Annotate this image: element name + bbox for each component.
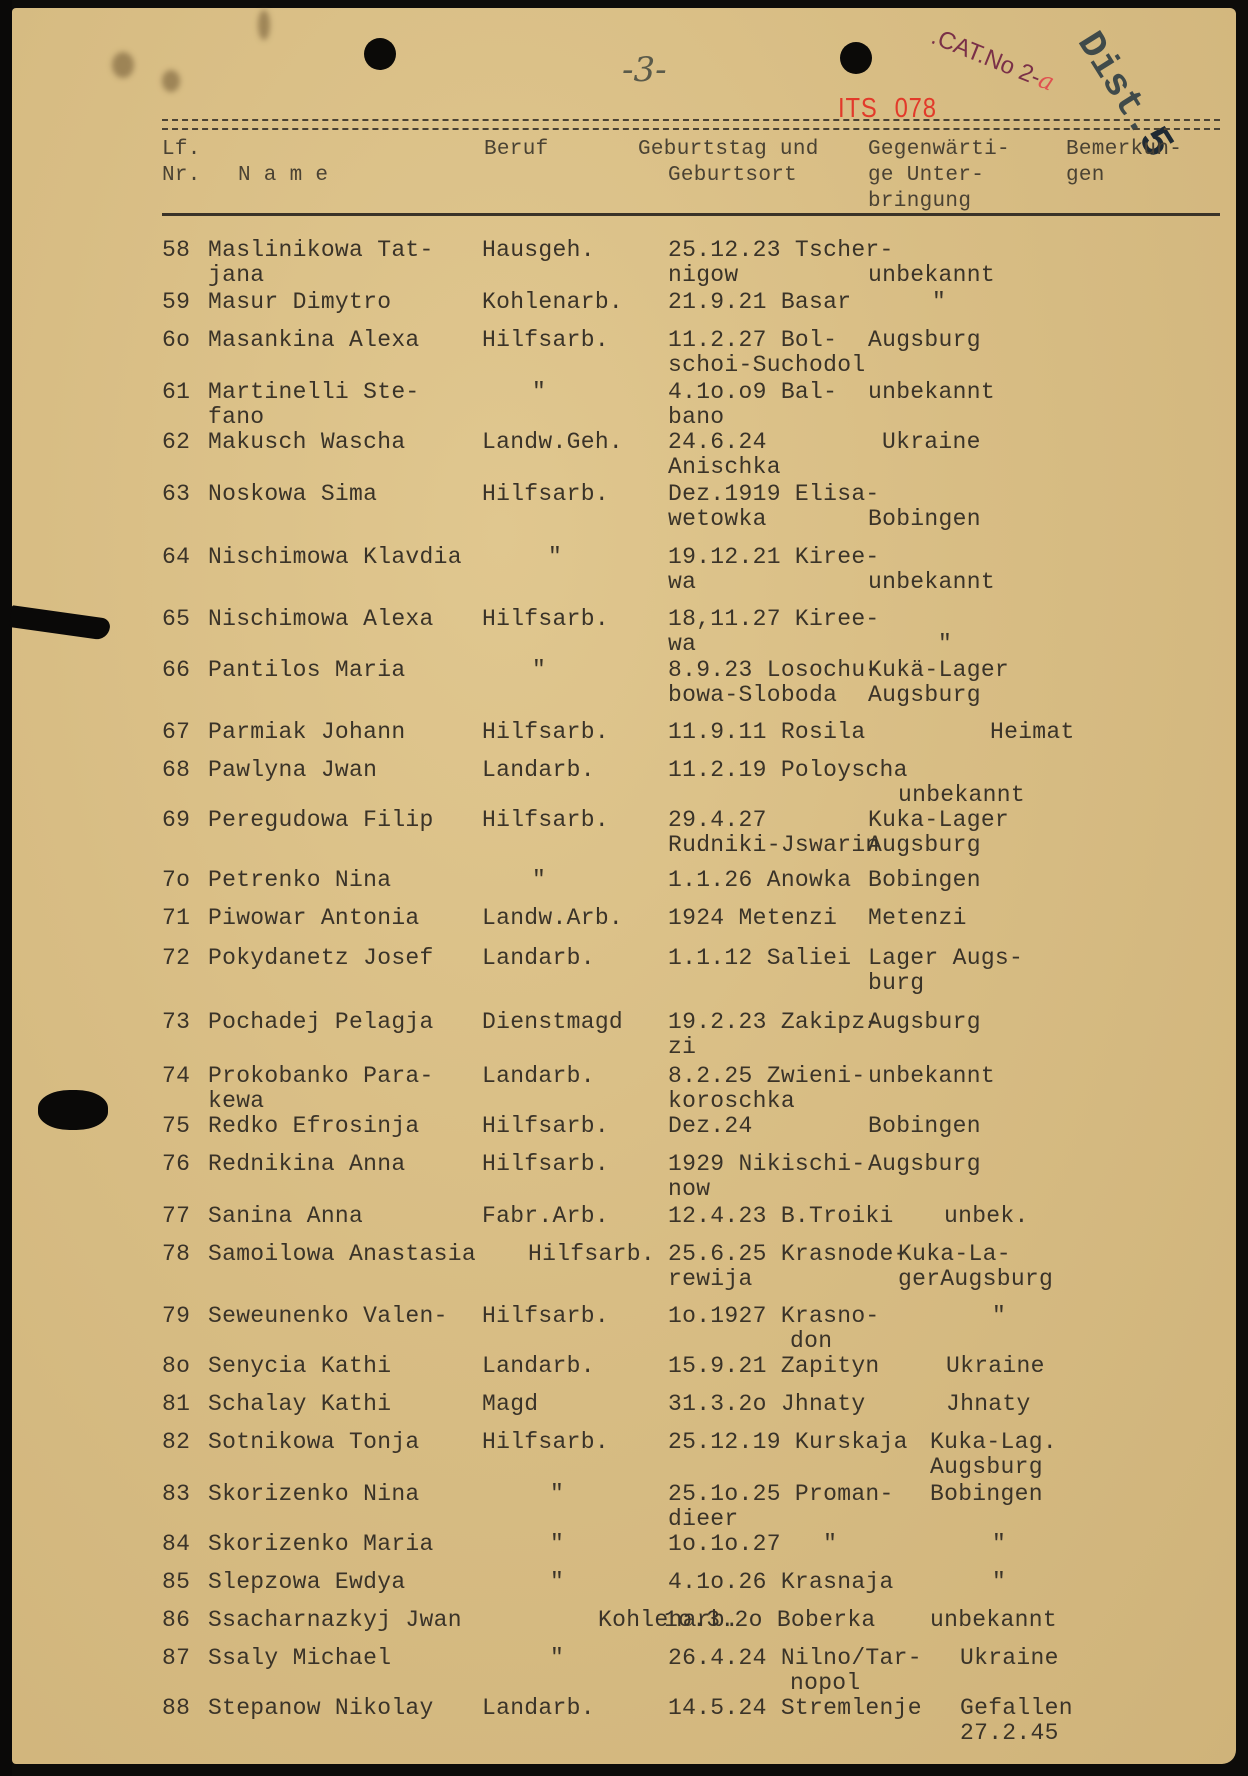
row-unterbringung: Augsburg	[868, 1152, 981, 1177]
row-unterbringung: "	[938, 632, 952, 657]
row-name: Pochadej Pelagja	[208, 1010, 434, 1035]
row-beruf: Magd	[482, 1392, 538, 1417]
row-number: 77	[162, 1204, 190, 1229]
row-number: 73	[162, 1010, 190, 1035]
row-unterbringung: Heimat	[990, 720, 1075, 745]
row-name: Slepzowa Ewdya	[208, 1570, 405, 1595]
row-beruf: Landarb.	[482, 1696, 595, 1721]
row-geburt: 31.3.2o Jhnaty	[668, 1392, 865, 1417]
row-number: 87	[162, 1646, 190, 1671]
row-name: fano	[208, 405, 264, 430]
row-beruf: "	[548, 545, 562, 570]
handwritten-page-number: -3-	[622, 50, 667, 90]
row-beruf: Hilfsarb.	[482, 1152, 609, 1177]
row-number: 66	[162, 658, 190, 683]
row-geburt: 8.9.23 Losochu-	[668, 658, 880, 683]
row-number: 6o	[162, 328, 190, 353]
row-name: Pawlyna Jwan	[208, 758, 377, 783]
row-beruf: Hilfsarb.	[482, 328, 609, 353]
row-name: Rednikina Anna	[208, 1152, 405, 1177]
row-number: 83	[162, 1482, 190, 1507]
row-geburt: 1o.3.2o Boberka	[664, 1608, 876, 1633]
row-geburt: 11.9.11 Rosila	[668, 720, 865, 745]
row-beruf: Hilfsarb.	[482, 1304, 609, 1329]
row-number: 88	[162, 1696, 190, 1721]
row-unterbringung: unbekannt	[898, 783, 1025, 808]
row-name: Skorizenko Nina	[208, 1482, 420, 1507]
row-geburt: wa	[668, 570, 696, 595]
row-name: Masankina Alexa	[208, 328, 420, 353]
header-bemerkungen-2: gen	[1066, 163, 1105, 188]
row-beruf: Landarb.	[482, 946, 595, 971]
row-beruf: "	[550, 1570, 564, 1595]
row-beruf: Fabr.Arb.	[482, 1204, 609, 1229]
row-name: Pokydanetz Josef	[208, 946, 434, 971]
row-number: 65	[162, 607, 190, 632]
row-number: 69	[162, 808, 190, 833]
row-beruf: "	[532, 658, 546, 683]
row-geburt: 1o.1927 Krasno-	[668, 1304, 880, 1329]
row-geburt: nigow	[668, 263, 739, 288]
header-unterbringung-2: ge Unter-	[868, 163, 984, 188]
row-unterbringung: unbekannt	[868, 263, 995, 288]
header-lfnr-1: Lf.	[162, 137, 201, 162]
row-number: 86	[162, 1608, 190, 1633]
row-unterbringung: unbekannt	[930, 1608, 1057, 1633]
row-geburt: 11.2.27 Bol-	[668, 328, 837, 353]
stain	[112, 52, 134, 78]
row-unterbringung: unbekannt	[868, 380, 995, 405]
row-number: 72	[162, 946, 190, 971]
row-unterbringung: unbekannt	[868, 570, 995, 595]
row-name: jana	[208, 263, 264, 288]
row-number: 84	[162, 1532, 190, 1557]
row-geburt: 26.4.24 Nilno/Tar-	[668, 1646, 922, 1671]
row-unterbringung: Kuka-Lager	[868, 808, 1009, 833]
header-unterbringung-1: Gegenwärti-	[868, 137, 1010, 162]
row-beruf: "	[550, 1646, 564, 1671]
row-number: 62	[162, 430, 190, 455]
row-geburt: nopol	[790, 1671, 861, 1696]
row-unterbringung: burg	[868, 971, 924, 996]
row-number: 78	[162, 1242, 190, 1267]
row-unterbringung: Metenzi	[868, 906, 967, 931]
row-name: Parmiak Johann	[208, 720, 405, 745]
row-number: 71	[162, 906, 190, 931]
row-unterbringung: unbek.	[944, 1204, 1029, 1229]
row-unterbringung: Ukraine	[960, 1646, 1059, 1671]
row-beruf: Landarb.	[482, 1064, 595, 1089]
row-unterbringung: Bobingen	[868, 1114, 981, 1139]
row-unterbringung: Ukraine	[882, 430, 981, 455]
row-name: Peregudowa Filip	[208, 808, 434, 833]
row-name: Prokobanko Para-	[208, 1064, 434, 1089]
row-geburt: rewija	[668, 1267, 753, 1292]
row-number: 63	[162, 482, 190, 507]
row-unterbringung: Augsburg	[868, 833, 981, 858]
row-beruf: Hilfsarb.	[482, 482, 609, 507]
row-geburt: 24.6.24	[668, 430, 767, 455]
row-beruf: Hilfsarb.	[482, 808, 609, 833]
row-number: 59	[162, 290, 190, 315]
row-beruf: "	[550, 1532, 564, 1557]
row-unterbringung: "	[992, 1570, 1006, 1595]
row-number: 85	[162, 1570, 190, 1595]
header-beruf: Beruf	[484, 137, 549, 162]
row-geburt: 1o.1o.27 "	[668, 1532, 837, 1557]
row-number: 79	[162, 1304, 190, 1329]
row-beruf: Landarb.	[482, 758, 595, 783]
row-geburt: 8.2.25 Zwieni-	[668, 1064, 865, 1089]
row-beruf: Kohlenarb.	[482, 290, 623, 315]
row-name: Makusch Wascha	[208, 430, 405, 455]
row-name: Petrenko Nina	[208, 868, 391, 893]
row-geburt: 19.12.21 Kiree-	[668, 545, 880, 570]
row-geburt: Anischka	[668, 455, 781, 480]
row-number: 82	[162, 1430, 190, 1455]
row-unterbringung: Bobingen	[868, 868, 981, 893]
row-beruf: "	[532, 380, 546, 405]
row-name: Ssaly Michael	[208, 1646, 391, 1671]
row-beruf: Landw.Geh.	[482, 430, 623, 455]
row-unterbringung: 27.2.45	[960, 1721, 1059, 1746]
ink-blot	[38, 1090, 108, 1130]
header-geburt-1: Geburtstag und	[638, 137, 819, 162]
row-geburt: 1.1.26 Anowka	[668, 868, 851, 893]
row-geburt: 15.9.21 Zapityn	[668, 1354, 880, 1379]
row-geburt: Dez.1919 Elisa-	[668, 482, 880, 507]
row-geburt: 21.9.21 Basar	[668, 290, 851, 315]
row-unterbringung: Augsburg	[868, 683, 981, 708]
row-unterbringung: Kukä-Lager	[868, 658, 1009, 683]
row-beruf: Hilfsarb.	[482, 720, 609, 745]
row-unterbringung: Kuka-La-	[898, 1242, 1011, 1267]
row-name: Masur Dimytro	[208, 290, 391, 315]
row-name: Noskowa Sima	[208, 482, 377, 507]
row-beruf: Landw.Arb.	[482, 906, 623, 931]
row-number: 67	[162, 720, 190, 745]
header-unterbringung-3: bringung	[868, 189, 971, 214]
row-geburt: 18,11.27 Kiree-	[668, 607, 880, 632]
row-geburt: 14.5.24 Stremlenje	[668, 1696, 922, 1721]
header-bemerkungen-1: Bemerkun-	[1066, 137, 1182, 162]
header-bottom-rule	[162, 213, 1220, 216]
row-unterbringung: Augsburg	[868, 1010, 981, 1035]
document-page	[12, 8, 1236, 1764]
punch-hole-left	[364, 38, 396, 70]
stain	[162, 70, 180, 92]
row-unterbringung: Jhnaty	[946, 1392, 1031, 1417]
header-lfnr-2: Nr.	[162, 163, 201, 188]
row-geburt: 12.4.23 B.Troiki	[668, 1204, 894, 1229]
row-geburt: Dez.24	[668, 1114, 753, 1139]
row-geburt: Rudniki-Jswarin	[668, 833, 880, 858]
row-unterbringung: Bobingen	[868, 507, 981, 532]
row-name: Samoilowa Anastasia	[208, 1242, 476, 1267]
row-name: Nischimowa Alexa	[208, 607, 434, 632]
row-geburt: 25.12.19 Kurskaja	[668, 1430, 908, 1455]
row-geburt: bano	[668, 405, 724, 430]
row-geburt: dieer	[668, 1507, 739, 1532]
punch-hole-right	[840, 42, 872, 74]
row-beruf: Landarb.	[482, 1354, 595, 1379]
row-geburt: wetowka	[668, 507, 767, 532]
row-unterbringung: Augsburg	[868, 328, 981, 353]
row-geburt: 4.1o.o9 Bal-	[668, 380, 837, 405]
row-number: 76	[162, 1152, 190, 1177]
row-geburt: bowa-Sloboda	[668, 683, 837, 708]
row-unterbringung: Ukraine	[946, 1354, 1045, 1379]
row-geburt: 29.4.27	[668, 808, 767, 833]
row-unterbringung: Augsburg	[930, 1455, 1043, 1480]
row-unterbringung: Kuka-Lag.	[930, 1430, 1057, 1455]
row-name: Stepanow Nikolay	[208, 1696, 434, 1721]
row-unterbringung: "	[932, 290, 946, 315]
row-unterbringung: "	[992, 1304, 1006, 1329]
row-name: kewa	[208, 1089, 264, 1114]
row-number: 81	[162, 1392, 190, 1417]
row-name: Nischimowa Klavdia	[208, 545, 462, 570]
row-beruf: "	[532, 868, 546, 893]
row-geburt: 1.1.12 Saliei	[668, 946, 851, 971]
header-name: N a m e	[238, 163, 328, 188]
scan-edge	[0, 0, 12, 1776]
row-unterbringung: "	[992, 1532, 1006, 1557]
row-geburt: schoi-Suchodol	[668, 353, 865, 378]
row-geburt: now	[668, 1177, 710, 1202]
row-unterbringung: gerAugsburg	[898, 1267, 1053, 1292]
row-geburt: zi	[668, 1035, 696, 1060]
row-number: 7o	[162, 868, 190, 893]
row-name: Senycia Kathi	[208, 1354, 391, 1379]
row-geburt: 4.1o.26 Krasnaja	[668, 1570, 894, 1595]
row-beruf: Hilfsarb.	[482, 1430, 609, 1455]
row-beruf: Hilfsarb.	[482, 607, 609, 632]
row-geburt: 1929 Nikischi-	[668, 1152, 865, 1177]
row-name: Pantilos Maria	[208, 658, 405, 683]
row-geburt: 11.2.19 Poloyscha	[668, 758, 908, 783]
row-number: 64	[162, 545, 190, 570]
row-number: 8o	[162, 1354, 190, 1379]
header-geburt-2: Geburtsort	[668, 163, 797, 188]
row-number: 58	[162, 238, 190, 263]
row-number: 68	[162, 758, 190, 783]
row-name: Seweunenko Valen-	[208, 1304, 448, 1329]
row-name: Ssacharnazkyj Jwan	[208, 1608, 462, 1633]
row-name: Schalay Kathi	[208, 1392, 391, 1417]
row-unterbringung: Lager Augs-	[868, 946, 1023, 971]
row-geburt: 1924 Metenzi	[668, 906, 837, 931]
row-number: 75	[162, 1114, 190, 1139]
row-geburt: 25.1o.25 Proman-	[668, 1482, 894, 1507]
header-double-rule	[162, 119, 1220, 130]
row-beruf: Hausgeh.	[482, 238, 595, 263]
row-name: Redko Efrosinja	[208, 1114, 420, 1139]
row-name: Sanina Anna	[208, 1204, 363, 1229]
row-beruf: Dienstmagd	[482, 1010, 623, 1035]
row-unterbringung: Gefallen	[960, 1696, 1073, 1721]
row-geburt: 19.2.23 Zakipz-	[668, 1010, 880, 1035]
row-beruf: Hilfsarb.	[528, 1242, 655, 1267]
row-unterbringung: Bobingen	[930, 1482, 1043, 1507]
row-name: Piwowar Antonia	[208, 906, 420, 931]
row-unterbringung: unbekannt	[868, 1064, 995, 1089]
row-number: 74	[162, 1064, 190, 1089]
row-beruf: Hilfsarb.	[482, 1114, 609, 1139]
row-name: Skorizenko Maria	[208, 1532, 434, 1557]
stain	[258, 10, 270, 40]
row-geburt: wa	[668, 632, 696, 657]
row-beruf: "	[550, 1482, 564, 1507]
row-number: 61	[162, 380, 190, 405]
row-name: Maslinikowa Tat-	[208, 238, 434, 263]
row-name: Sotnikowa Tonja	[208, 1430, 420, 1455]
row-geburt: koroschka	[668, 1089, 795, 1114]
row-geburt: 25.6.25 Krasnode-	[668, 1242, 908, 1267]
row-geburt: don	[790, 1329, 832, 1354]
row-geburt: 25.12.23 Tscher-	[668, 238, 894, 263]
row-name: Martinelli Ste-	[208, 380, 420, 405]
